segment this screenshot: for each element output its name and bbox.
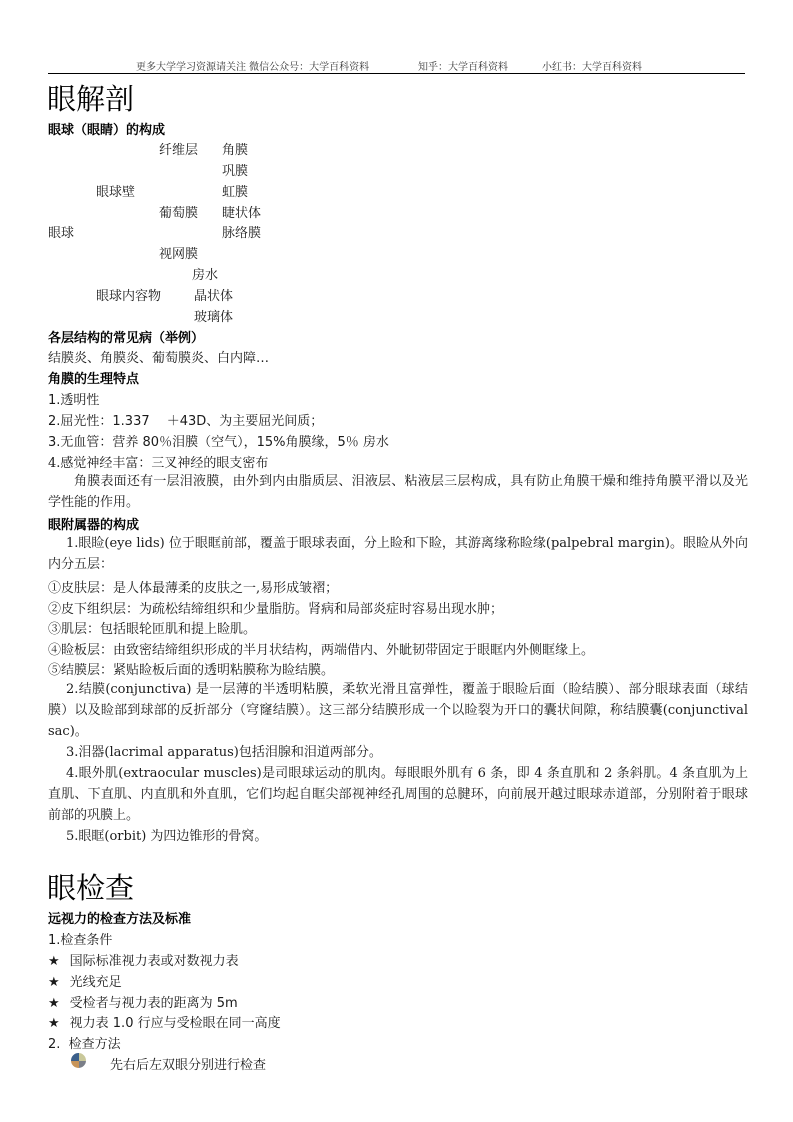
page-header: 更多大学学习资源请关注 微信公众号：大学百科资料 知乎：大学百科资料 小红书：大…	[48, 56, 745, 74]
star-icon: ★	[48, 996, 60, 1011]
exam-conditions-heading: 1.检查条件	[48, 929, 112, 948]
condition-text: 光线充足	[70, 975, 122, 990]
condition-item-2: ★光线充足	[48, 971, 122, 990]
header-wechat: 更多大学学习资源请关注 微信公众号：大学百科资料	[136, 58, 369, 73]
tree-choroid: 脉络膜	[222, 222, 261, 241]
cornea-trait-1: 1.透明性	[48, 389, 99, 408]
tree-root: 眼球	[48, 222, 74, 241]
condition-text: 受检者与视力表的距离为 5m	[70, 996, 238, 1011]
section-title-anatomy: 眼解剖	[47, 77, 134, 118]
tree-aqueous: 房水	[192, 264, 218, 283]
eyelid-layer-2: ②皮下组织层：为疏松结缔组织和少量脂肪。肾病和局部炎症时容易出现水肿；	[48, 598, 503, 617]
eyelid-layer-1: ①皮肤层：是人体最薄柔的皮肤之一,易形成皱褶；	[48, 577, 338, 596]
tree-fibrous: 纤维层	[159, 139, 198, 158]
muscles-paragraph: 4.眼外肌(extraocular muscles)是司眼球运动的肌肉。每眼眼外…	[48, 763, 748, 826]
tree-lens: 晶状体	[194, 285, 233, 304]
tree-wall: 眼球壁	[96, 181, 135, 200]
condition-text: 国际标准视力表或对数视力表	[70, 954, 239, 969]
bullet-quadrant	[79, 1053, 87, 1061]
lacrimal-paragraph: 3.泪器(lacrimal apparatus)包括泪腺和泪道两部分。	[48, 742, 748, 763]
tree-sclera: 巩膜	[222, 160, 248, 179]
orbit-paragraph: 5.眼眶(orbit) 为四边锥形的骨窝。	[48, 826, 748, 847]
heading-vision-exam: 远视力的检查方法及标准	[48, 908, 191, 927]
heading-adnexa: 眼附属器的构成	[48, 514, 139, 533]
cornea-trait-3: 3.无血管：营养 80％泪膜（空气），15%角膜缘，5％ 房水	[48, 431, 389, 450]
header-xiaohongshu: 小红书：大学百科资料	[542, 58, 642, 73]
condition-text: 视力表 1.0 行应与受检眼在同一高度	[70, 1016, 281, 1031]
heading-diseases: 各层结构的常见病（举例）	[48, 327, 204, 346]
eyelid-paragraph: 1.眼睑(eye lids) 位于眼眶前部，覆盖于眼球表面，分上睑和下睑，其游离…	[48, 533, 748, 575]
eyelid-layer-4: ④睑板层：由致密结缔组织形成的半月状结构，两端借内、外眦韧带固定于眼眶内外侧眶缘…	[48, 639, 594, 658]
exam-method-item: 先右后左双眼分别进行检查	[110, 1054, 266, 1073]
bullet-quadrant	[79, 1061, 87, 1069]
condition-item-3: ★受检者与视力表的距离为 5m	[48, 992, 238, 1011]
section-title-examination: 眼检查	[47, 866, 134, 907]
tree-cornea: 角膜	[222, 139, 248, 158]
eyelid-layer-5: ⑤结膜层：紧贴睑板后面的透明粘膜称为睑结膜。	[48, 659, 334, 678]
tear-film-paragraph: 角膜表面还有一层泪液膜，由外到内由脂质层、泪液层、粘液层三层构成，具有防止角膜干…	[48, 471, 748, 513]
tree-uvea: 葡萄膜	[159, 202, 198, 221]
bullet-quadrant	[71, 1053, 79, 1061]
header-zhihu: 知乎：大学百科资料	[418, 58, 508, 73]
tree-iris: 虹膜	[222, 181, 248, 200]
tree-retina: 视网膜	[159, 243, 198, 262]
star-icon: ★	[48, 975, 60, 990]
conjunctiva-paragraph: 2.结膜(conjunctiva) 是一层薄的半透明粘膜，柔软光滑且富弹性，覆盖…	[48, 679, 748, 742]
star-icon: ★	[48, 1016, 60, 1031]
diseases-text: 结膜炎、角膜炎、葡萄膜炎、白内障…	[48, 347, 269, 366]
star-icon: ★	[48, 954, 60, 969]
tree-vitreous: 玻璃体	[194, 306, 233, 325]
condition-item-4: ★视力表 1.0 行应与受检眼在同一高度	[48, 1012, 281, 1031]
tree-ciliary: 睫状体	[222, 202, 261, 221]
heading-cornea-traits: 角膜的生理特点	[48, 368, 139, 387]
quadrant-bullet-icon	[71, 1053, 86, 1068]
condition-item-1: ★国际标准视力表或对数视力表	[48, 950, 239, 969]
cornea-trait-2: 2.屈光性：1.337 ＋43D、为主要屈光间质；	[48, 410, 323, 429]
bullet-quadrant	[71, 1061, 79, 1069]
exam-method-heading: 2. 检查方法	[48, 1033, 121, 1052]
eyelid-layer-3: ③肌层：包括眼轮匝肌和提上睑肌。	[48, 618, 256, 637]
cornea-trait-4: 4.感觉神经丰富：三叉神经的眼支密布	[48, 452, 268, 471]
tree-contents: 眼球内容物	[96, 285, 161, 304]
heading-eyeball-composition: 眼球（眼睛）的构成	[48, 119, 165, 138]
